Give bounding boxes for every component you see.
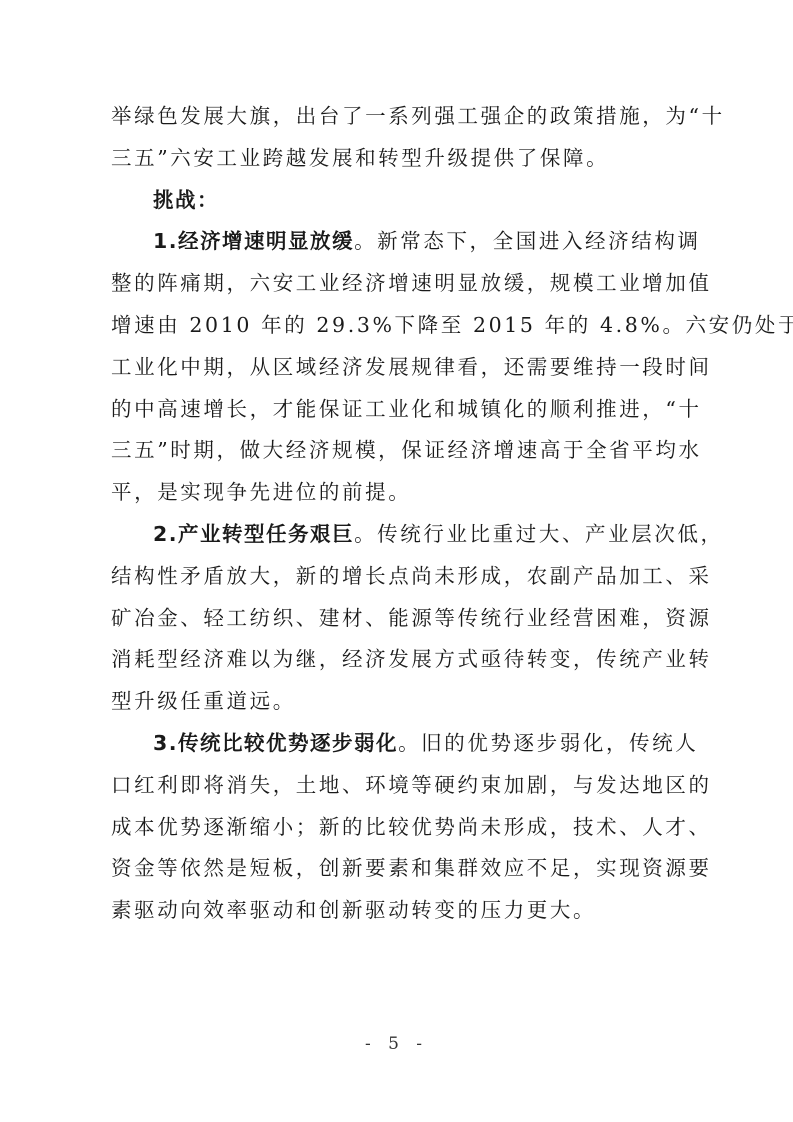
challenge-1-title: 1.经济增速明显放缓 bbox=[153, 229, 354, 253]
text-line: 增速由 2010 年的 29.3%下降至 2015 年的 4.8%。六安仍处于 bbox=[111, 305, 671, 347]
text-line: 成本优势逐渐缩小；新的比较优势尚未形成，技术、人才、 bbox=[111, 807, 671, 849]
text-line: 整的阵痛期，六安工业经济增速明显放缓，规模工业增加值 bbox=[111, 263, 671, 305]
challenge-2-text: 。传统行业比重过大、产业层次低， bbox=[354, 522, 724, 546]
text-line: 消耗型经济难以为继，经济发展方式亟待转变，传统产业转 bbox=[111, 639, 671, 681]
document-page: 举绿色发展大旗，出台了一系列强工强企的政策措施，为“十 三五”六安工业跨越发展和… bbox=[0, 0, 793, 1122]
challenge-1-text: 。新常态下，全国进入经济结构调 bbox=[354, 229, 701, 253]
challenge-3-heading-line: 3.传统比较优势逐步弱化。旧的优势逐步弱化，传统人 bbox=[111, 723, 671, 765]
text-line: 三五”六安工业跨越发展和转型升级提供了保障。 bbox=[111, 138, 671, 180]
text-line: 资金等依然是短板，创新要素和集群效应不足，实现资源要 bbox=[111, 848, 671, 890]
challenge-3-title: 3.传统比较优势逐步弱化 bbox=[153, 731, 398, 755]
challenge-2-title: 2.产业转型任务艰巨 bbox=[153, 522, 354, 546]
text-line: 素驱动向效率驱动和创新驱动转变的压力更大。 bbox=[111, 890, 671, 932]
section-heading-challenges: 挑战： bbox=[111, 180, 671, 222]
text-line: 口红利即将消失，土地、环境等硬约束加剧，与发达地区的 bbox=[111, 765, 671, 807]
text-line: 举绿色发展大旗，出台了一系列强工强企的政策措施，为“十 bbox=[111, 96, 671, 138]
body-text: 举绿色发展大旗，出台了一系列强工强企的政策措施，为“十 三五”六安工业跨越发展和… bbox=[111, 96, 671, 932]
text-line: 的中高速增长，才能保证工业化和城镇化的顺利推进，“十 bbox=[111, 389, 671, 431]
text-line: 结构性矛盾放大，新的增长点尚未形成，农副产品加工、采 bbox=[111, 556, 671, 598]
heading-label: 挑战： bbox=[153, 188, 219, 212]
text-line: 矿冶金、轻工纺织、建材、能源等传统行业经营困难，资源 bbox=[111, 598, 671, 640]
challenge-3-text: 。旧的优势逐步弱化，传统人 bbox=[398, 731, 698, 755]
text-line: 工业化中期，从区域经济发展规律看，还需要维持一段时间 bbox=[111, 347, 671, 389]
challenge-2-heading-line: 2.产业转型任务艰巨。传统行业比重过大、产业层次低， bbox=[111, 514, 671, 556]
text-line: 三五”时期，做大经济规模，保证经济增速高于全省平均水 bbox=[111, 430, 671, 472]
text-line: 平，是实现争先进位的前提。 bbox=[111, 472, 671, 514]
challenge-1-heading-line: 1.经济增速明显放缓。新常态下，全国进入经济结构调 bbox=[111, 221, 671, 263]
text-line: 型升级任重道远。 bbox=[111, 681, 671, 723]
page-number: - 5 - bbox=[0, 1034, 793, 1054]
